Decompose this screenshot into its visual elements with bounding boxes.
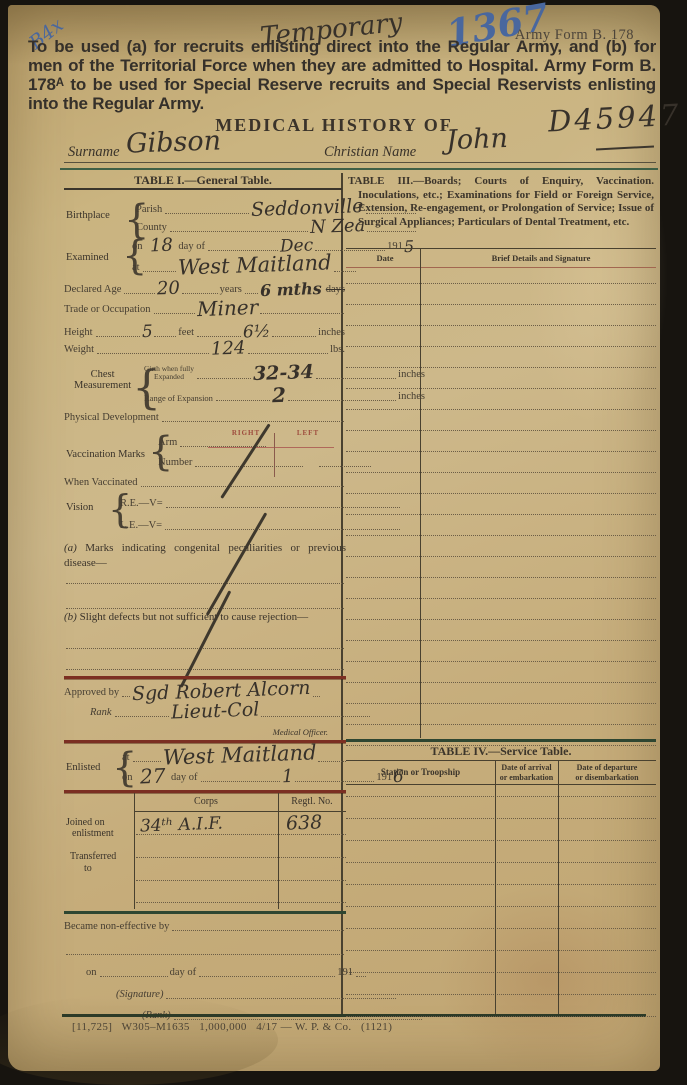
declared-age-label: Declared Age xyxy=(64,285,122,297)
table-row xyxy=(346,907,656,929)
months-value: 6 mths xyxy=(260,281,322,299)
days-label: days xyxy=(326,285,346,297)
table-row xyxy=(346,494,656,515)
departure-header-line1: Date of departure xyxy=(577,763,638,772)
section-a-line2 xyxy=(64,595,346,611)
examined-on-label: on xyxy=(132,242,144,254)
printer-imprint: [11,725] W305–M1635 1,000,000 4/17 — W. … xyxy=(72,1021,392,1033)
green-divider-rule xyxy=(60,168,658,170)
rank-value: Lieut-Col xyxy=(171,700,260,722)
medical-officer-label: Medical Officer. xyxy=(64,727,342,737)
table-row xyxy=(346,929,656,951)
table4-rows xyxy=(346,775,656,1017)
number-label: Number xyxy=(158,458,193,470)
table-row xyxy=(346,775,656,797)
arrival-header-line1: Date of arrival xyxy=(501,763,551,772)
weight-value: 124 xyxy=(211,339,246,358)
section-b-label: (b) xyxy=(64,611,77,623)
section-a-text: (a) Marks indicating congenital peculiar… xyxy=(64,541,346,571)
enlisted-dayof-label: day of xyxy=(171,773,199,785)
enlisted-month-value: 1 xyxy=(281,768,293,786)
table-row xyxy=(346,599,656,620)
examined-dayof-label: day of xyxy=(178,242,206,254)
table1-heading-rule xyxy=(64,188,342,190)
green-rule xyxy=(64,911,346,914)
table-row xyxy=(346,284,656,305)
enlisted-day-value: 27 xyxy=(139,766,165,787)
table3-column-divider xyxy=(420,248,421,738)
section-b-body: Slight defects but not sufficient to cau… xyxy=(80,611,309,623)
girth-label-line2: Expanded xyxy=(154,372,184,381)
table-row xyxy=(346,578,656,599)
table-row xyxy=(346,431,656,452)
serial-underline xyxy=(596,145,654,150)
approved-by-label: Approved by xyxy=(64,688,120,700)
joined-label-line2: enlistment xyxy=(66,828,114,839)
vision-left-label: L.E.—V= xyxy=(120,521,163,533)
height-inches-value: 6½ xyxy=(243,324,271,342)
corps-table: Corps Regtl. No. Joined on enlistment 34… xyxy=(64,793,346,909)
range-value: 2 xyxy=(272,385,287,405)
table3-date-header: Date xyxy=(346,253,424,263)
table-row xyxy=(346,473,656,494)
rank-row: Rank Lieut-Col xyxy=(64,703,372,719)
transferred-label-line1: Transferred xyxy=(70,851,116,862)
parish-label: Parish xyxy=(136,205,163,217)
physical-development-label: Physical Development xyxy=(64,413,160,425)
christian-name-value: John xyxy=(445,123,508,156)
non-effective-label: Became non-effective by xyxy=(64,922,170,934)
height-row: Height 5 feet 6½ inches xyxy=(64,323,346,339)
table-row xyxy=(346,863,656,885)
identity-baseline xyxy=(64,162,656,163)
transferred-label-line2: to xyxy=(70,863,92,874)
non-effective-line xyxy=(64,941,346,957)
examined-date-row: on 18 day of Dec 191 5 xyxy=(64,237,414,253)
trade-value: Miner xyxy=(197,297,259,319)
signature-label: (Signature) xyxy=(116,990,164,1002)
table-row xyxy=(346,725,656,746)
table4-heading: TABLE IV.—Service Table. xyxy=(346,744,656,759)
girth-label: Girth when fully Expanded xyxy=(144,365,195,381)
table3-rows xyxy=(346,263,656,746)
table4-header-rule-top xyxy=(346,760,656,761)
table-row xyxy=(346,326,656,347)
physical-development-row: Physical Development xyxy=(64,408,346,424)
rank-label: Rank xyxy=(90,708,113,720)
surname-value: Gibson xyxy=(125,125,221,159)
girth-value: 32-34 xyxy=(252,363,313,384)
table-row xyxy=(346,410,656,431)
joined-corps-value: 34ᵗʰ A.I.F. xyxy=(140,814,224,837)
non-effective-date-row: on day of 191 xyxy=(64,963,368,979)
when-vaccinated-row: When Vaccinated xyxy=(64,473,346,489)
inches-label: inches xyxy=(318,328,346,340)
approved-row: Approved by Sgd Robert Alcorn xyxy=(64,683,346,699)
arm-label: Arm xyxy=(158,438,178,450)
table-row xyxy=(346,452,656,473)
height-feet-value: 5 xyxy=(141,324,152,341)
enlisted-on-label: on xyxy=(122,773,134,785)
section-b-text: (b) Slight defects but not sufficient to… xyxy=(64,610,346,625)
examined-day-value: 18 xyxy=(149,237,173,256)
table-row xyxy=(346,620,656,641)
section-a-label: (a) xyxy=(64,542,77,554)
left-column-label: LEFT xyxy=(282,429,334,437)
table1-heading: TABLE I.—General Table. xyxy=(64,173,342,188)
joined-regtl-value: 638 xyxy=(286,811,323,834)
height-label: Height xyxy=(64,328,94,340)
examined-at-value: West Maitland xyxy=(178,252,332,278)
christian-name-label: Christian Name xyxy=(324,144,416,161)
vision-right-label: R.E.—V= xyxy=(120,499,164,511)
table-row xyxy=(346,951,656,973)
table-row xyxy=(346,973,656,995)
corps-row-line xyxy=(136,857,346,858)
table-row xyxy=(346,704,656,725)
table-row xyxy=(346,841,656,863)
table-row xyxy=(346,885,656,907)
lbs-label: lbs. xyxy=(330,345,346,357)
weight-label: Weight xyxy=(64,345,95,357)
table-row xyxy=(346,797,656,819)
transferred-to-label: Transferred to xyxy=(70,851,116,875)
serial-number-annotation: D45947 xyxy=(547,98,682,139)
enlisted-at-value: West Maitland xyxy=(162,742,316,768)
table-row xyxy=(346,515,656,536)
section-a-body: Marks indicating congenital peculiaritie… xyxy=(64,542,346,569)
table-row xyxy=(346,368,656,389)
declared-age-value: 20 xyxy=(157,280,181,299)
table-row xyxy=(346,662,656,683)
trade-label: Trade or Occupation xyxy=(64,305,152,317)
non-effective-on-label: on xyxy=(86,968,98,980)
table-row xyxy=(346,683,656,704)
years-label: years xyxy=(220,285,243,297)
enlisted-at-label: at xyxy=(122,753,131,765)
table4-column-divider xyxy=(495,760,496,1014)
corps-row-line xyxy=(136,902,346,903)
non-effective-row: Became non-effective by xyxy=(64,917,346,933)
table3-heading: TABLE III.—Boards; Courts of Enquiry, Va… xyxy=(348,175,654,229)
corps-header: Corps xyxy=(134,796,278,807)
joined-label-line1: Joined on xyxy=(66,817,105,828)
table-row xyxy=(346,389,656,410)
table-row xyxy=(346,641,656,662)
table4-column-divider xyxy=(558,760,559,1014)
trade-row: Trade or Occupation Miner xyxy=(64,300,346,316)
table-row xyxy=(346,347,656,368)
table-row xyxy=(346,536,656,557)
declared-age-row: Declared Age 20 years 6 mths days xyxy=(64,280,346,296)
form-instructions: To be used (a) for recruits enlisting di… xyxy=(28,37,656,113)
table4-top-green-rule xyxy=(346,739,656,742)
non-effective-dayof-label: day of xyxy=(170,968,198,980)
corps-row-line xyxy=(136,880,346,881)
section-b-line2 xyxy=(64,656,346,672)
surname-label: Surname xyxy=(68,144,120,161)
table-row xyxy=(346,305,656,326)
section-a-line1 xyxy=(64,570,346,586)
corps-row-line xyxy=(136,834,346,835)
joined-on-enlistment-label: Joined on enlistment xyxy=(66,817,114,839)
feet-label: feet xyxy=(178,328,195,340)
table-row xyxy=(346,557,656,578)
weight-row: Weight 124 lbs. xyxy=(64,340,346,356)
table-row xyxy=(346,995,656,1017)
table3-details-header: Brief Details and Signature xyxy=(428,253,654,263)
examined-at-label: at xyxy=(132,263,141,275)
table-row xyxy=(346,819,656,841)
regtl-no-header: Regtl. No. xyxy=(278,796,346,807)
vaccination-red-line xyxy=(208,447,334,448)
form-paper: B4x Temporary 1367 Army Form B. 178 To b… xyxy=(8,5,660,1071)
range-label: Range of Expansion xyxy=(144,394,214,404)
table-row xyxy=(346,263,656,284)
table3-header-rule-top xyxy=(346,248,656,249)
